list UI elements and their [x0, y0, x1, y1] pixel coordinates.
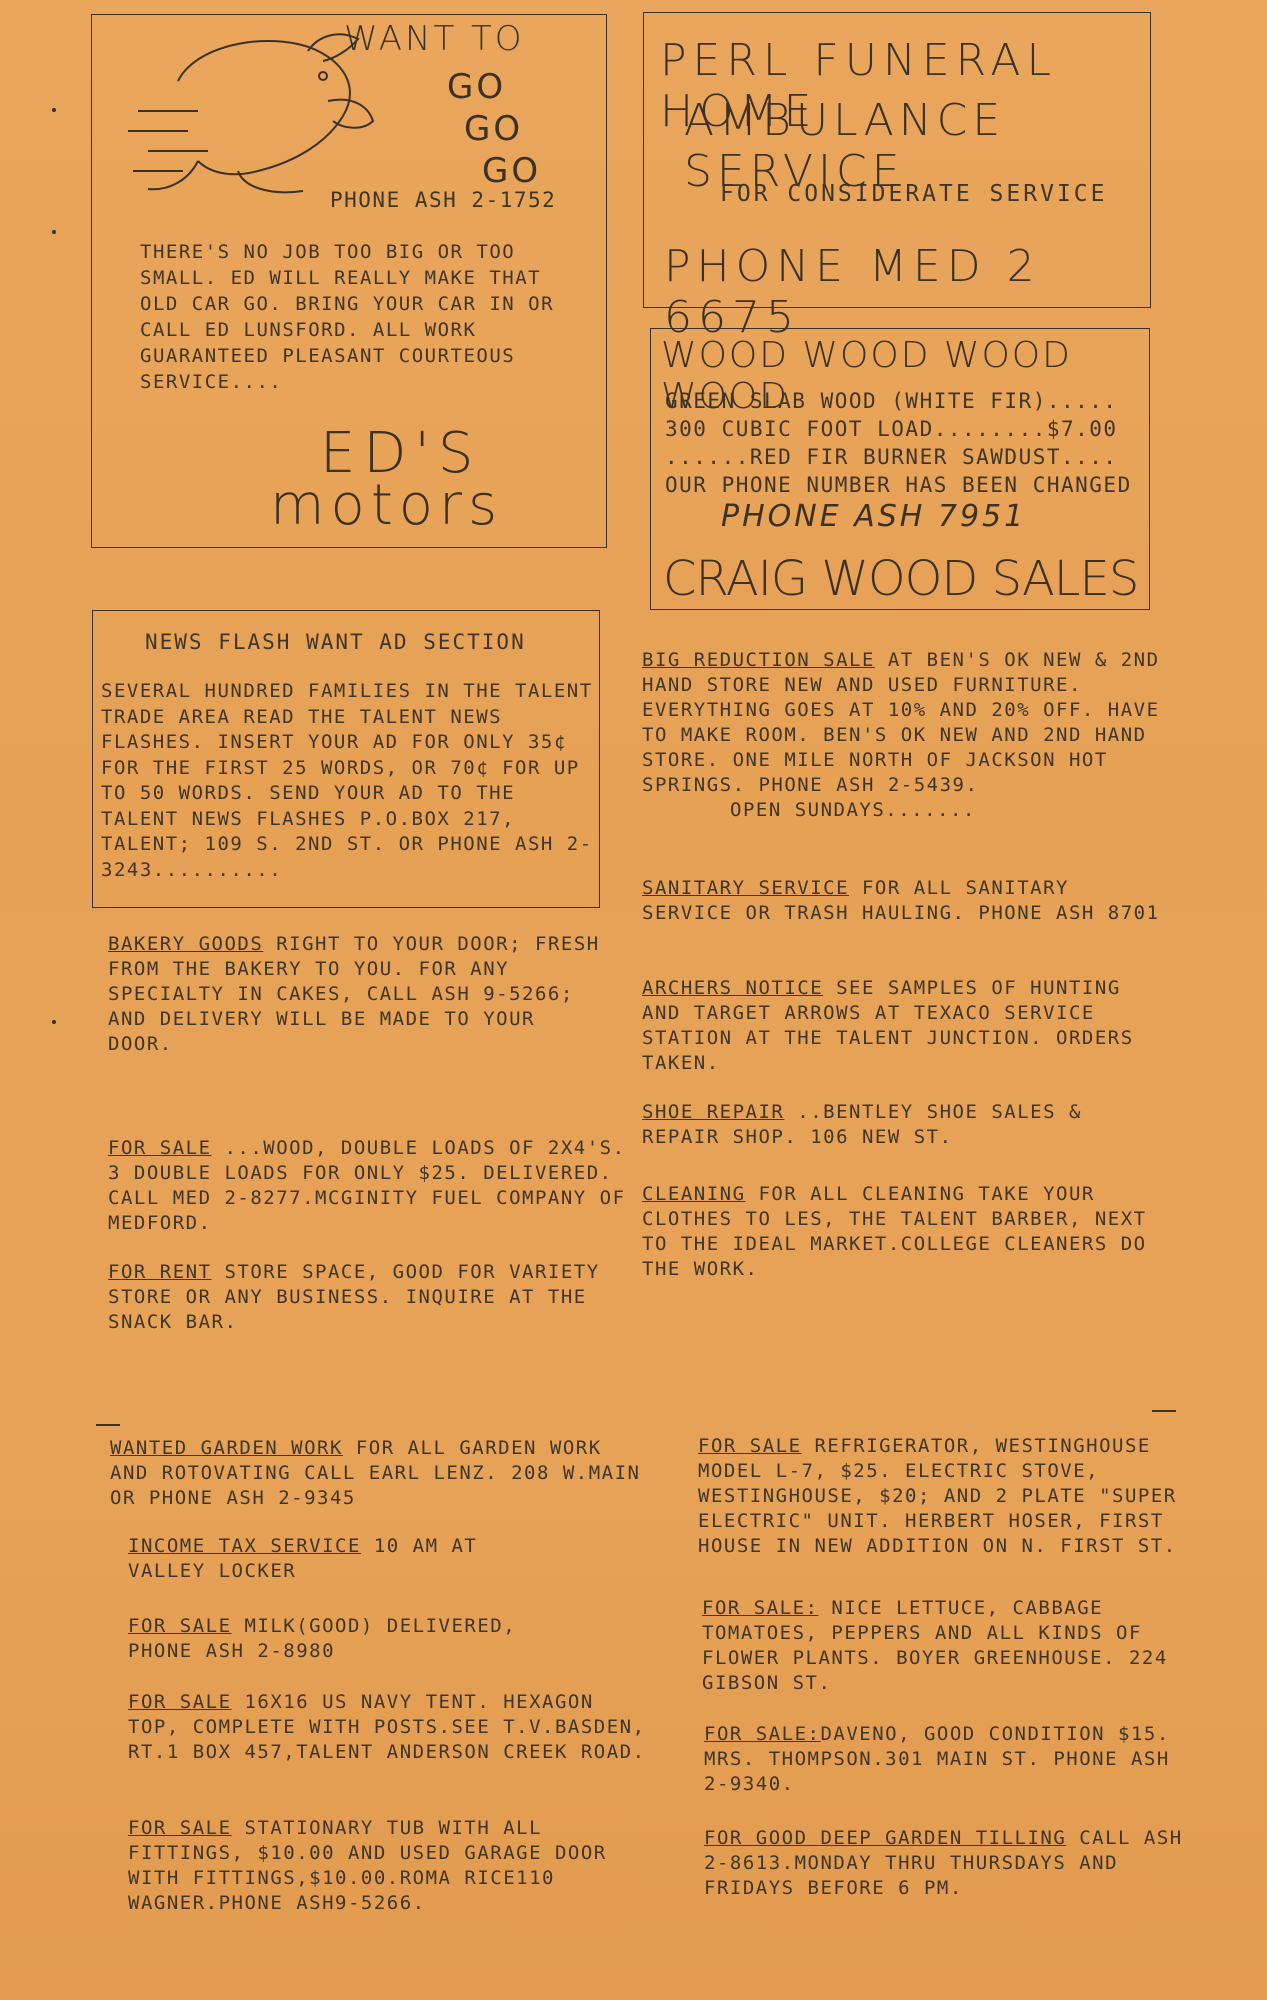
wood-line: GREEN SLAB WOOD (WHITE FIR).....: [665, 387, 1145, 415]
classified-ad: BAKERY GOODS RIGHT TO YOUR DOOR; FRESH F…: [108, 932, 608, 1057]
margin-mark: [52, 108, 56, 112]
classified-ad: FOR SALE:DAVENO, GOOD CONDITION $15. MRS…: [704, 1722, 1184, 1797]
eds-motors-ad: WANT TO GO GO GO PHONE ASH 2-1752 THERE'…: [91, 14, 607, 548]
ad-heading: SANITARY SERVICE: [642, 877, 849, 899]
ad-heading: FOR RENT: [108, 1261, 212, 1283]
ad-heading: FOR SALE: [128, 1817, 232, 1839]
classified-ad: ARCHERS NOTICE SEE SAMPLES OF HUNTING AN…: [642, 976, 1162, 1076]
ad-heading: FOR SALE: [128, 1615, 232, 1637]
classified-ad: FOR SALE ...WOOD, DOUBLE LOADS OF 2x4'S.…: [108, 1136, 628, 1236]
classified-ad: FOR GOOD DEEP GARDEN TILLING CALL ASH 2-…: [704, 1826, 1184, 1901]
headline-go: GO: [464, 109, 523, 149]
headline-go: GO: [482, 151, 541, 191]
classified-ad: FOR SALE STATIONARY TUB WITH ALL FITTING…: [128, 1816, 648, 1916]
ad-heading: SHOE REPAIR: [642, 1101, 784, 1123]
ad-heading: FOR GOOD DEEP GARDEN TILLING: [704, 1827, 1066, 1849]
eds-phone: PHONE ASH 2-1752: [330, 187, 556, 213]
eds-name: MOTORS: [270, 473, 503, 538]
margin-mark: [52, 1020, 56, 1024]
classified-ad: FOR SALE MILK(GOOD) DELIVERED, PHONE ASH…: [128, 1614, 588, 1664]
news-flash-box: NEWS FLASH WANT AD SECTION SEVERAL HUNDR…: [92, 610, 600, 908]
divider: [96, 1424, 120, 1426]
wood-line: ......RED FIR BURNER SAWDUST....: [665, 443, 1145, 471]
ad-heading: FOR SALE:: [704, 1723, 820, 1745]
ad-text: AT BEN'S OK NEW & 2ND HAND STORE NEW AND…: [642, 649, 1160, 796]
margin-mark: [52, 230, 56, 234]
perl-funeral-ad: PERL FUNERAL HOME AMBULANCE SERVICE FOR …: [643, 12, 1151, 308]
eds-body: THERE'S NO JOB TOO BIG OR TOO SMALL. ED …: [140, 239, 580, 395]
classified-ad: BIG REDUCTION SALE AT BEN'S OK NEW & 2ND…: [642, 648, 1162, 823]
wood-phone: PHONE ASH 7951: [721, 499, 1026, 534]
ad-heading: ARCHERS NOTICE: [642, 977, 823, 999]
wood-line: OUR PHONE NUMBER HAS BEEN CHANGED: [665, 471, 1165, 499]
newsletter-page: WANT TO GO GO GO PHONE ASH 2-1752 THERE'…: [0, 0, 1267, 2000]
divider: [1152, 1410, 1176, 1412]
classified-ad: FOR SALE REFRIGERATOR, WESTINGHOUSE MODE…: [698, 1434, 1178, 1559]
craig-wood-name: CRAIG WOOD SALES: [663, 551, 1138, 607]
craig-wood-ad: WOOD WOOD WOOD WOOD GREEN SLAB WOOD (WHI…: [650, 328, 1150, 610]
ad-heading: FOR SALE: [108, 1137, 212, 1159]
classified-ad: WANTED GARDEN WORK FOR ALL GARDEN WORK A…: [110, 1436, 650, 1511]
ad-heading: INCOME TAX SERVICE: [128, 1535, 361, 1557]
classified-ad: FOR RENT STORE SPACE, GOOD FOR VARIETY S…: [108, 1260, 628, 1335]
classified-ad: FOR SALE 16x16 US NAVY TENT. HEXAGON TOP…: [128, 1690, 648, 1765]
classified-ad: INCOME TAX SERVICE 10 AM AT VALLEY LOCKE…: [128, 1534, 508, 1584]
headline-want-to: WANT TO: [344, 19, 525, 59]
classified-ad: SHOE REPAIR ..BENTLEY SHOE SALES & REPAI…: [642, 1100, 1162, 1150]
wood-line: 300 CUBIC FOOT LOAD........$7.00: [665, 415, 1145, 443]
news-flash-body: SEVERAL HUNDRED FAMILIES IN THE TALENT T…: [101, 679, 595, 883]
classified-ad: FOR SALE: NICE LETTUCE, CABBAGE TOMATOES…: [702, 1596, 1182, 1696]
ad-heading: CLEANING: [642, 1183, 746, 1205]
headline-go: GO: [447, 67, 506, 107]
ad-heading: FOR SALE: [698, 1435, 802, 1457]
ad-heading: WANTED GARDEN WORK: [110, 1437, 343, 1459]
classified-ad: SANITARY SERVICE FOR ALL SANITARY SERVIC…: [642, 876, 1162, 926]
news-flash-title: NEWS FLASH WANT AD SECTION: [145, 629, 526, 655]
funeral-tagline: FOR CONSIDERATE SERVICE: [720, 181, 1108, 207]
ad-heading: BAKERY GOODS: [108, 933, 263, 955]
ad-heading: BIG REDUCTION SALE: [642, 649, 875, 671]
classified-ad: CLEANING FOR ALL CLEANING TAKE YOUR CLOT…: [642, 1182, 1172, 1282]
ad-heading: FOR SALE:: [702, 1597, 818, 1619]
ad-heading: FOR SALE: [128, 1691, 232, 1713]
ad-extra: OPEN SUNDAYS.......: [642, 798, 1162, 823]
